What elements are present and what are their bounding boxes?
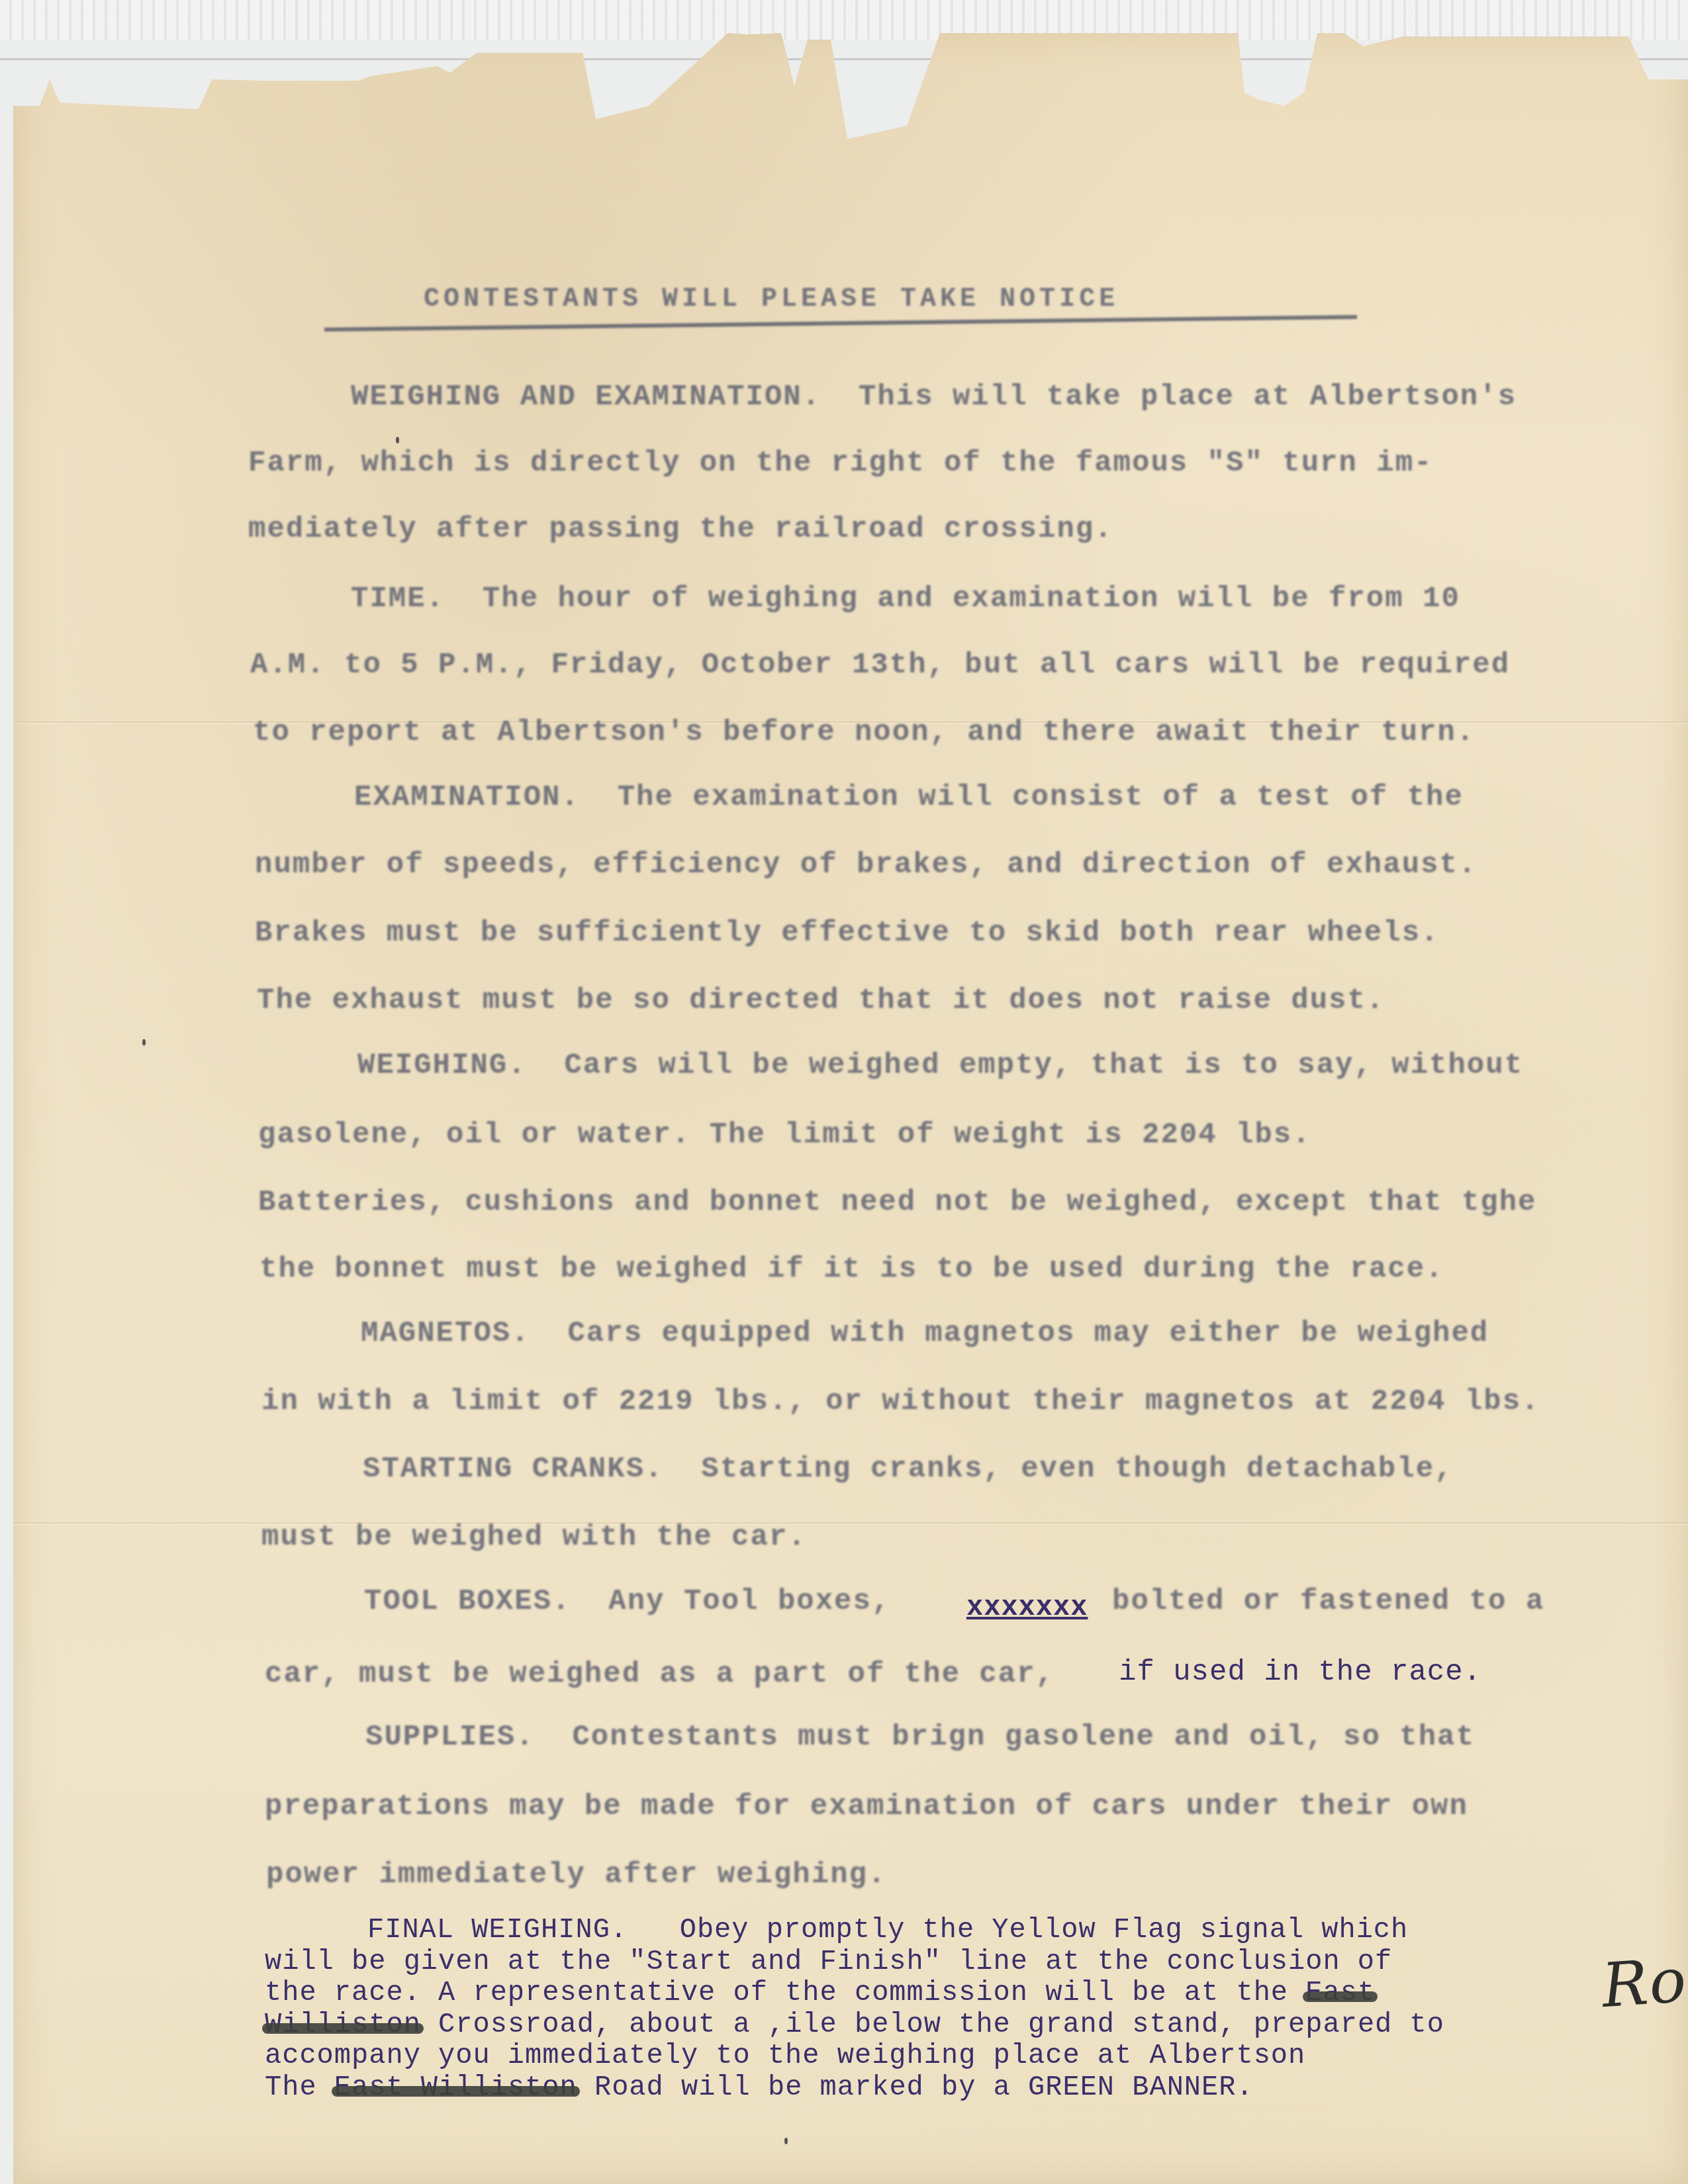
section-text: to report at Albertson's before noon, an… [253, 716, 1475, 749]
section-magnetos: MAGNETOS. Cars equipped with magnetos ma… [361, 1317, 1489, 1350]
section-examination: EXAMINATION. The examination will consis… [354, 781, 1464, 814]
section-text: power immediately after weighing. [266, 1858, 886, 1891]
struck-out-word: Williston [265, 2011, 421, 2038]
section-text: Farm, which is directly on the right of … [248, 447, 1432, 480]
section-text: car, must be weighed as a part of the ca… [265, 1658, 1055, 1691]
section-starting-cranks: STARTING CRANKS. Starting cranks, even t… [363, 1453, 1453, 1486]
section-text: A.M. to 5 P.M., Friday, October 13th, bu… [250, 649, 1510, 682]
section-text: the bonnet must be weighed if it is to b… [259, 1253, 1444, 1286]
struck-out-word: East [1305, 1979, 1375, 2007]
section-text: bolted or fastened to a [1112, 1585, 1544, 1618]
section-text: the race. A representative of the commis… [265, 1977, 1288, 2009]
section-heading: EXAMINATION. [354, 781, 580, 814]
section-tool-boxes: TOOL BOXES. Any Tool boxes, [364, 1585, 890, 1618]
section-text: must be weighed with the car. [261, 1521, 807, 1554]
section-text: number of speeds, efficiency of brakes, … [255, 848, 1477, 882]
section-text: Brakes must be sufficiently effective to… [255, 917, 1439, 950]
section-heading: WEIGHING. [357, 1049, 527, 1082]
section-text: Batteries, cushions and bonnet need not … [258, 1186, 1537, 1219]
section-text: The examination will consist of a test o… [618, 781, 1464, 814]
ink-speck [784, 2138, 788, 2144]
section-supplies: SUPPLIES. Contestants must brign gasolen… [365, 1721, 1475, 1754]
section-text: This will take place at Albertson's [859, 381, 1517, 414]
section-text: The [265, 2071, 317, 2103]
section-weighing-and-examination: WEIGHING AND EXAMINATION. This will take… [351, 381, 1517, 414]
section-text: gasolene, oil or water. The limit of wei… [258, 1118, 1311, 1152]
section-text: Obey promptly the Yellow Flag signal whi… [680, 1914, 1409, 1946]
section-text: will be given at the "Start and Finish" … [265, 1948, 1392, 1976]
section-text: Cars will be weighed empty, that is to s… [564, 1049, 1523, 1082]
typed-insertion: if used in the race. [1119, 1658, 1481, 1687]
section-weighing: WEIGHING. Cars will be weighed empty, th… [357, 1049, 1523, 1082]
section-heading: SUPPLIES. [365, 1721, 535, 1754]
section-text: Cars equipped with magnetos may either b… [567, 1317, 1489, 1350]
section-text: The exhaust must be so directed that it … [257, 984, 1385, 1017]
section-text: Road will be marked by a GREEN BANNER. [594, 2071, 1254, 2103]
section-text: preparations may be made for examination… [265, 1790, 1468, 1823]
scanner-bed [0, 0, 1688, 40]
final-weighing-line-4: Williston Crossroad, about a ,ile below … [265, 2011, 1444, 2038]
struck-out-word: East Williston [334, 2073, 577, 2101]
final-weighing-line-3: the race. A representative of the commis… [265, 1979, 1375, 2007]
section-time: TIME. The hour of weighing and examinati… [351, 582, 1460, 615]
section-heading: STARTING CRANKS. [363, 1453, 663, 1486]
section-heading: FINAL WEIGHING. [367, 1914, 628, 1946]
ink-speck [142, 1039, 146, 1046]
section-heading: TOOL BOXES. [364, 1585, 571, 1618]
section-text: in with a limit of 2219 lbs., or without… [261, 1385, 1540, 1418]
section-heading: TIME. [351, 582, 445, 615]
section-heading: WEIGHING AND EXAMINATION. [351, 381, 821, 414]
section-text: accompany you immediately to the weighin… [265, 2042, 1305, 2070]
document-title: CONTESTANTS WILL PLEASE TAKE NOTICE [424, 285, 1119, 314]
section-final-weighing: FINAL WEIGHING. Obey promptly the Yellow… [367, 1916, 1408, 1944]
section-text: Starting cranks, even though detachable, [701, 1453, 1453, 1486]
section-heading: MAGNETOS. [361, 1317, 530, 1350]
section-text: mediately after passing the railroad cro… [248, 513, 1113, 546]
section-text: The hour of weighing and examination wil… [483, 582, 1460, 615]
final-weighing-line-6: The East Williston Road will be marked b… [265, 2073, 1254, 2101]
ink-speck [396, 437, 399, 443]
struck-out-word: xxxxxxx [966, 1594, 1088, 1621]
section-text: Any Tool boxes, [608, 1585, 890, 1618]
section-text: Contestants must brign gasolene and oil,… [572, 1721, 1474, 1754]
section-text: Crossroad, about a ,ile below the grand … [438, 2009, 1444, 2040]
handwritten-annotation: Rosl [1600, 1941, 1688, 2021]
